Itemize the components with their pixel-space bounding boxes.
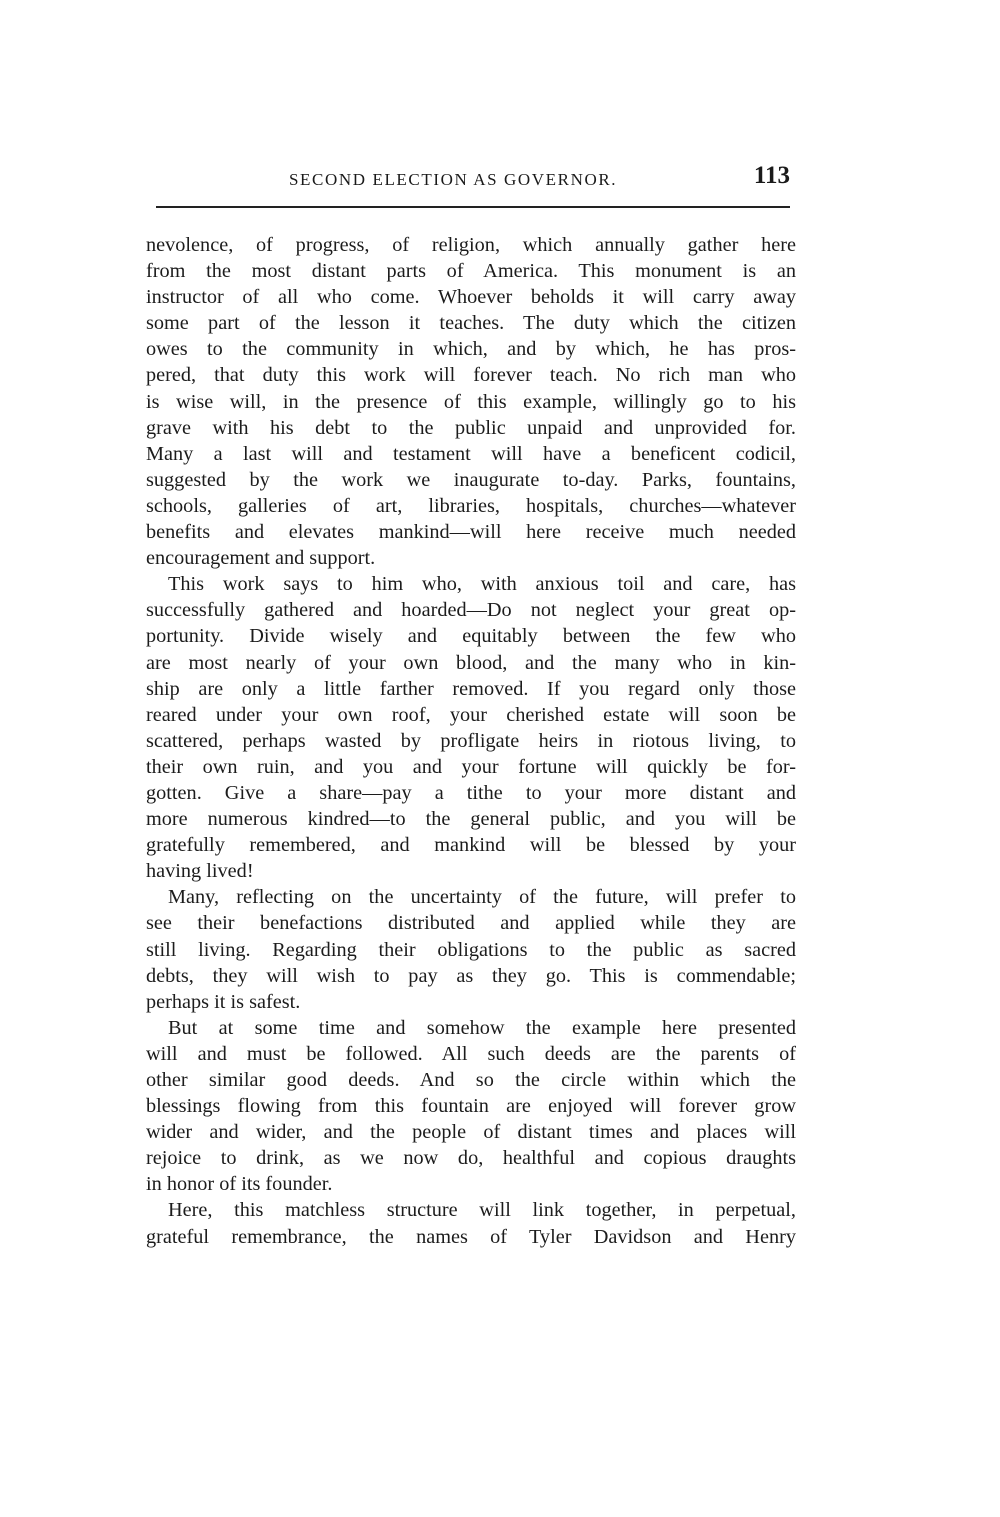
body-text: nevolence, of progress, of religion, whi… [146, 232, 796, 1250]
text-line: still living. Regarding their obligation… [146, 937, 796, 963]
text-line: scattered, perhaps wasted by profligate … [146, 728, 796, 754]
book-page: SECOND ELECTION AS GOVERNOR. 113 nevolen… [0, 0, 1000, 1517]
text-line: But at some time and somehow the example… [146, 1015, 796, 1041]
paragraph-5: Here, this matchless structure will link… [146, 1197, 796, 1249]
text-line: grave with his debt to the public unpaid… [146, 415, 796, 441]
text-line: blessings flowing from this fountain are… [146, 1093, 796, 1119]
page-number: 113 [754, 162, 790, 190]
text-line: This work says to him who, with anxious … [146, 571, 796, 597]
text-line: gotten. Give a share—pay a tithe to your… [146, 780, 796, 806]
paragraph-3: Many, reflecting on the uncertainty of t… [146, 884, 796, 1014]
header-rule-divider [156, 206, 790, 208]
text-line: will and must be followed. All such deed… [146, 1041, 796, 1067]
text-line: Many a last will and testament will have… [146, 441, 796, 467]
text-line: encouragement and support. [146, 545, 796, 571]
text-line: more numerous kindred—to the general pub… [146, 806, 796, 832]
text-line: reared under your own roof, your cherish… [146, 702, 796, 728]
text-line: other similar good deeds. And so the cir… [146, 1067, 796, 1093]
text-line: wider and wider, and the people of dista… [146, 1119, 796, 1145]
text-line: owes to the community in which, and by w… [146, 336, 796, 362]
text-line: see their benefactions distributed and a… [146, 910, 796, 936]
paragraph-1: nevolence, of progress, of religion, whi… [146, 232, 796, 571]
text-line: portunity. Divide wisely and equitably b… [146, 623, 796, 649]
text-line: their own ruin, and you and your fortune… [146, 754, 796, 780]
text-line: debts, they will wish to pay as they go.… [146, 963, 796, 989]
text-line: from the most distant parts of America. … [146, 258, 796, 284]
text-line: grateful remembrance, the names of Tyler… [146, 1224, 796, 1250]
text-line: successfully gathered and hoarded—Do not… [146, 597, 796, 623]
text-line: perhaps it is safest. [146, 989, 796, 1015]
running-head: SECOND ELECTION AS GOVERNOR. 113 [146, 160, 796, 200]
text-line: is wise will, in the presence of this ex… [146, 389, 796, 415]
text-line: rejoice to drink, as we now do, healthfu… [146, 1145, 796, 1171]
text-line: in honor of its founder. [146, 1171, 796, 1197]
text-line: are most nearly of your own blood, and t… [146, 650, 796, 676]
text-line: pered, that duty this work will forever … [146, 362, 796, 388]
text-line: ship are only a little farther removed. … [146, 676, 796, 702]
paragraph-4: But at some time and somehow the example… [146, 1015, 796, 1198]
text-line: some part of the lesson it teaches. The … [146, 310, 796, 336]
text-line: Many, reflecting on the uncertainty of t… [146, 884, 796, 910]
text-line: nevolence, of progress, of religion, whi… [146, 232, 796, 258]
text-line: having lived! [146, 858, 796, 884]
text-line: benefits and elevates mankind—will here … [146, 519, 796, 545]
text-line: schools, galleries of art, libraries, ho… [146, 493, 796, 519]
paragraph-2: This work says to him who, with anxious … [146, 571, 796, 884]
running-title: SECOND ELECTION AS GOVERNOR. [289, 170, 617, 190]
text-line: suggested by the work we inaugurate to-d… [146, 467, 796, 493]
text-line: instructor of all who come. Whoever beho… [146, 284, 796, 310]
text-line: gratefully remembered, and mankind will … [146, 832, 796, 858]
text-line: Here, this matchless structure will link… [146, 1197, 796, 1223]
